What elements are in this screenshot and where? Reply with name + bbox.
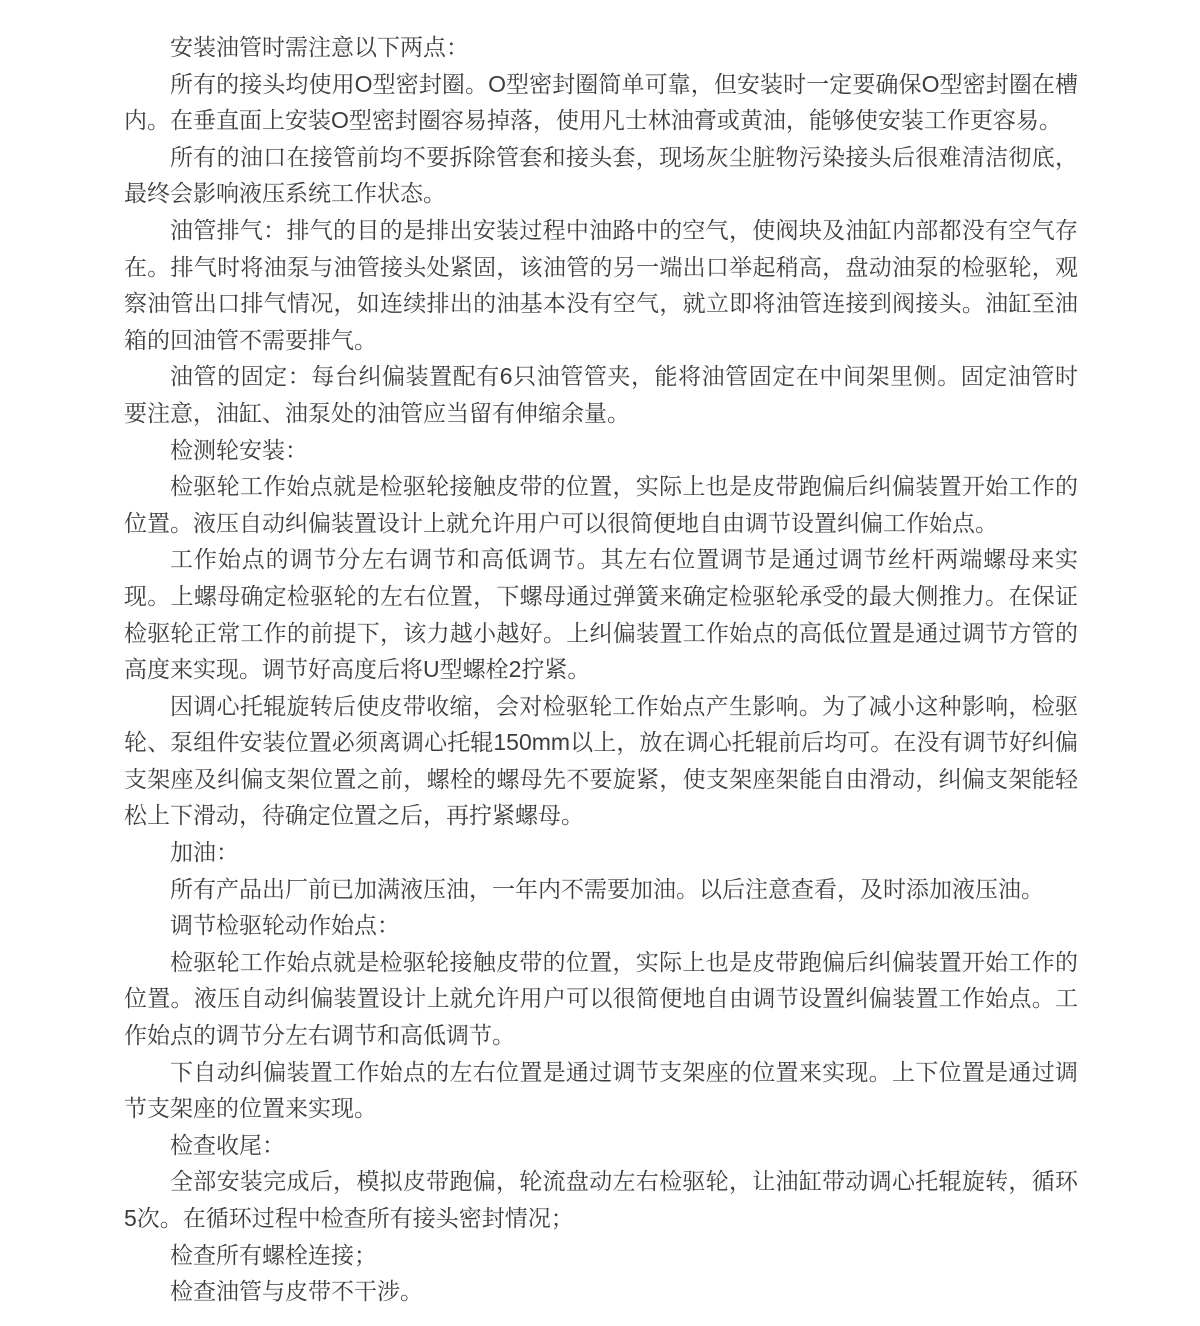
paragraph-final-check-header: 检查收尾： — [124, 1127, 1078, 1164]
paragraph-refuel-header: 加油： — [124, 834, 1078, 871]
paragraph-pipe-fixing: 油管的固定：每台纠偏装置配有6只油管管夹，能将油管固定在中间架里侧。固定油管时要… — [124, 358, 1078, 431]
paragraph-oil-port: 所有的油口在接管前均不要拆除管套和接头套，现场灰尘脏物污染接头后很难清洁彻底，最… — [124, 139, 1078, 212]
paragraph-adjustment-detail: 工作始点的调节分左右调节和高低调节。其左右位置调节是通过调节丝杆两端螺母来实现。… — [124, 541, 1078, 687]
paragraph-work-start-point: 检驱轮工作始点就是检驱轮接触皮带的位置，实际上也是皮带跑偏后纠偏装置开始工作的位… — [124, 468, 1078, 541]
paragraph-detect-wheel-header: 检测轮安装： — [124, 432, 1078, 469]
document-page: 安装油管时需注意以下两点： 所有的接头均使用O型密封圈。O型密封圈简单可靠，但安… — [0, 0, 1200, 1326]
paragraph-refuel-detail: 所有产品出厂前已加满液压油，一年内不需要加油。以后注意查看，及时添加液压油。 — [124, 871, 1078, 908]
paragraph-install-note-header: 安装油管时需注意以下两点： — [124, 29, 1078, 66]
paragraph-adjust-action-header: 调节检驱轮动作始点： — [124, 907, 1078, 944]
paragraph-final-check-cycle: 全部安装完成后，模拟皮带跑偏，轮流盘动左右检驱轮，让油缸带动调心托辊旋转，循环5… — [124, 1163, 1078, 1236]
paragraph-check-pipe-belt: 检查油管与皮带不干涉。 — [124, 1273, 1078, 1310]
paragraph-adjust-action-detail: 检驱轮工作始点就是检驱轮接触皮带的位置，实际上也是皮带跑偏后纠偏装置开始工作的位… — [124, 944, 1078, 1054]
paragraph-o-ring: 所有的接头均使用O型密封圈。O型密封圈简单可靠，但安装时一定要确保O型密封圈在槽… — [124, 66, 1078, 139]
paragraph-idler-influence: 因调心托辊旋转后使皮带收缩，会对检驱轮工作始点产生影响。为了减小这种影响，检驱轮… — [124, 688, 1078, 834]
paragraph-pipe-bleeding: 油管排气：排气的目的是排出安装过程中油路中的空气，使阀块及油缸内部都没有空气存在… — [124, 212, 1078, 358]
paragraph-lower-device: 下自动纠偏装置工作始点的左右位置是通过调节支架座的位置来实现。上下位置是通过调节… — [124, 1054, 1078, 1127]
paragraph-check-bolts: 检查所有螺栓连接； — [124, 1237, 1078, 1274]
